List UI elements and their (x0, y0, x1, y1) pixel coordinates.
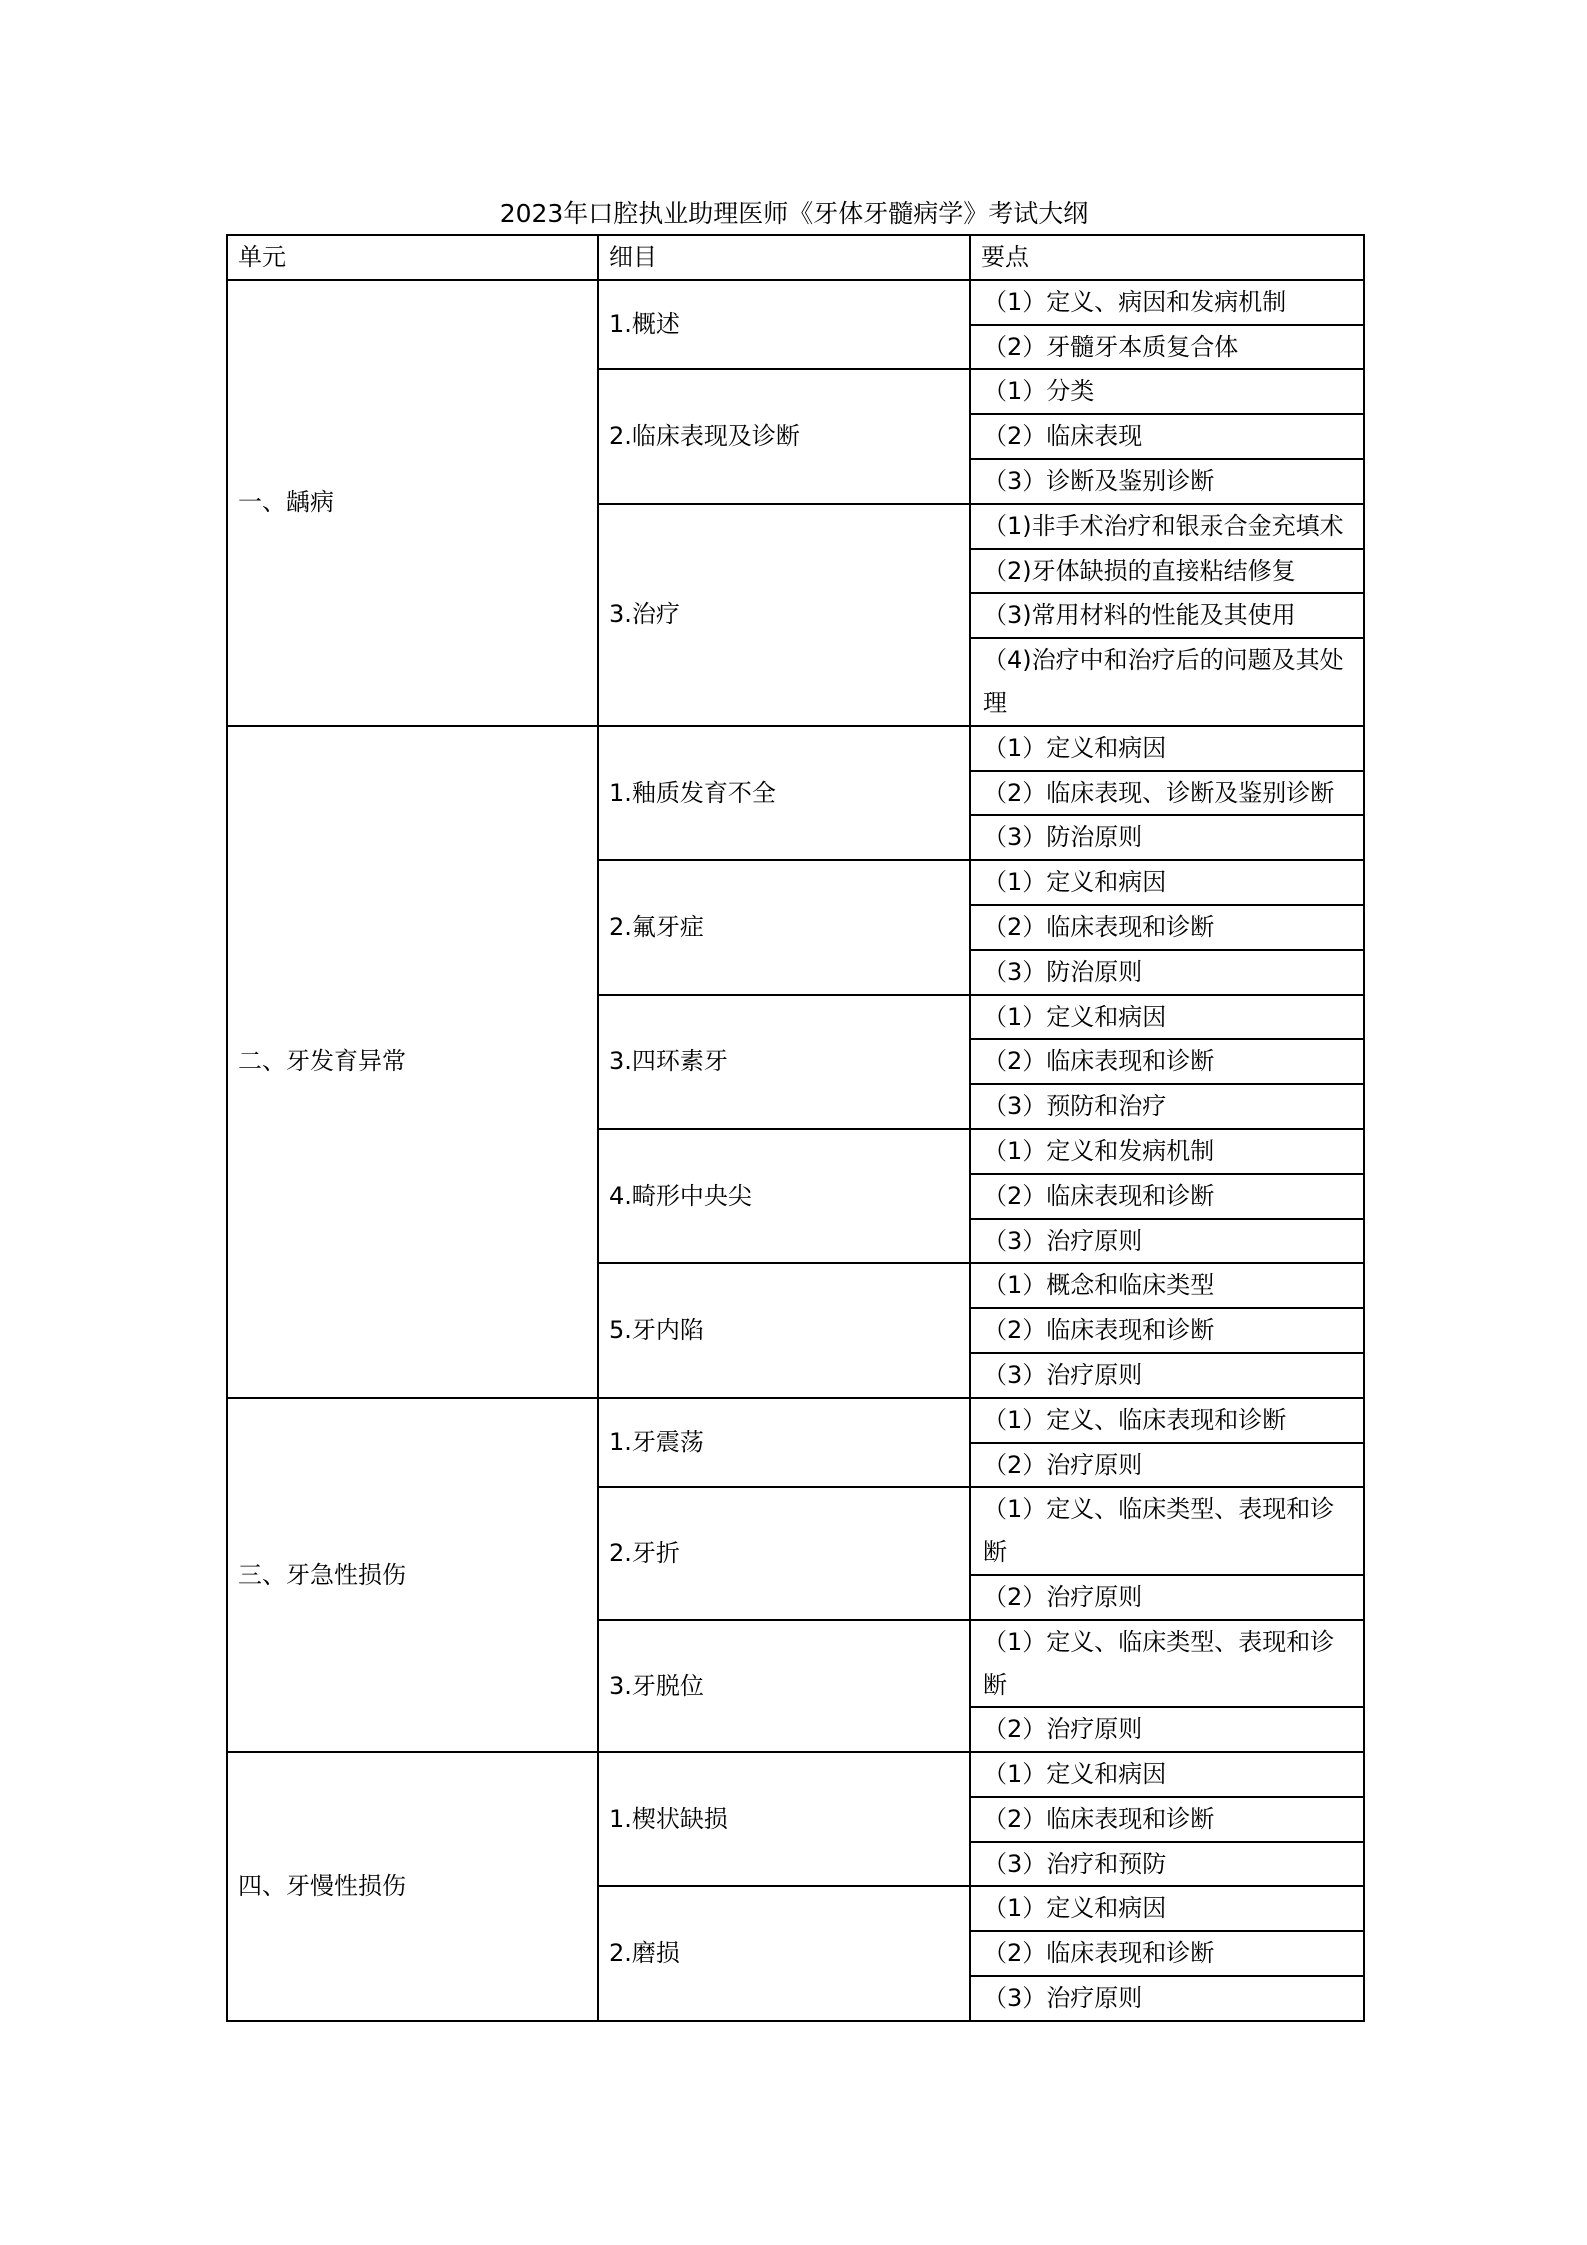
point-cell: （3）防治原则 (970, 815, 1364, 860)
item-cell: 3.牙脱位 (598, 1620, 970, 1752)
item-cell: 5.牙内陷 (598, 1263, 970, 1397)
item-cell: 2.牙折 (598, 1487, 970, 1619)
point-cell: （1）定义、病因和发病机制 (970, 280, 1364, 325)
point-cell: （1）定义和病因 (970, 860, 1364, 905)
point-cell: （1）定义和病因 (970, 1886, 1364, 1931)
point-cell: （2）临床表现、诊断及鉴别诊断 (970, 771, 1364, 816)
item-cell: 2.临床表现及诊断 (598, 369, 970, 503)
point-cell: （3)常用材料的性能及其使用 (970, 593, 1364, 638)
point-cell: （2）临床表现和诊断 (970, 1174, 1364, 1219)
point-cell: （4)治疗中和治疗后的问题及其处理 (970, 638, 1364, 726)
point-cell: （1）定义、临床类型、表现和诊断 (970, 1487, 1364, 1575)
item-cell: 2.磨损 (598, 1886, 970, 2020)
item-cell: 2.氟牙症 (598, 860, 970, 994)
point-cell: （1）定义和病因 (970, 726, 1364, 771)
syllabus-table: 单元 细目 要点 一、龋病1.概述（1）定义、病因和发病机制（2）牙髓牙本质复合… (226, 234, 1365, 2022)
point-cell: （1)非手术治疗和银汞合金充填术 (970, 504, 1364, 549)
point-cell: （2）临床表现 (970, 414, 1364, 459)
item-cell: 3.治疗 (598, 504, 970, 726)
item-cell: 1.牙震荡 (598, 1398, 970, 1488)
header-item: 细目 (598, 235, 970, 280)
unit-cell: 二、牙发育异常 (227, 726, 598, 1398)
point-cell: （2）临床表现和诊断 (970, 1039, 1364, 1084)
point-cell: （3）治疗原则 (970, 1353, 1364, 1398)
table-row: 二、牙发育异常1.釉质发育不全（1）定义和病因 (227, 726, 1364, 771)
item-cell: 3.四环素牙 (598, 995, 970, 1129)
point-cell: （3）预防和治疗 (970, 1084, 1364, 1129)
point-cell: （1）定义和发病机制 (970, 1129, 1364, 1174)
header-row: 单元 细目 要点 (227, 235, 1364, 280)
point-cell: （1）定义和病因 (970, 1752, 1364, 1797)
unit-cell: 四、牙慢性损伤 (227, 1752, 598, 2021)
point-cell: （3）诊断及鉴别诊断 (970, 459, 1364, 504)
item-cell: 1.概述 (598, 280, 970, 370)
item-cell: 1.楔状缺损 (598, 1752, 970, 1886)
point-cell: （1）定义、临床类型、表现和诊断 (970, 1620, 1364, 1708)
table-row: 三、牙急性损伤1.牙震荡（1）定义、临床表现和诊断 (227, 1398, 1364, 1443)
point-cell: （2）治疗原则 (970, 1575, 1364, 1620)
document-title: 2023年口腔执业助理医师《牙体牙髓病学》考试大纲 (226, 196, 1362, 232)
point-cell: （1）定义、临床表现和诊断 (970, 1398, 1364, 1443)
point-cell: （1）概念和临床类型 (970, 1263, 1364, 1308)
point-cell: （2)牙体缺损的直接粘结修复 (970, 549, 1364, 594)
point-cell: （1）分类 (970, 369, 1364, 414)
point-cell: （3）治疗和预防 (970, 1842, 1364, 1887)
point-cell: （2）治疗原则 (970, 1707, 1364, 1752)
point-cell: （1）定义和病因 (970, 995, 1364, 1040)
table-row: 四、牙慢性损伤1.楔状缺损（1）定义和病因 (227, 1752, 1364, 1797)
unit-cell: 三、牙急性损伤 (227, 1398, 598, 1752)
table-row: 一、龋病1.概述（1）定义、病因和发病机制 (227, 280, 1364, 325)
point-cell: （2）临床表现和诊断 (970, 905, 1364, 950)
point-cell: （3）治疗原则 (970, 1219, 1364, 1264)
header-points: 要点 (970, 235, 1364, 280)
unit-cell: 一、龋病 (227, 280, 598, 726)
point-cell: （2）临床表现和诊断 (970, 1931, 1364, 1976)
point-cell: （2）临床表现和诊断 (970, 1308, 1364, 1353)
point-cell: （2）临床表现和诊断 (970, 1797, 1364, 1842)
point-cell: （2）治疗原则 (970, 1443, 1364, 1488)
item-cell: 1.釉质发育不全 (598, 726, 970, 860)
header-unit: 单元 (227, 235, 598, 280)
point-cell: （2）牙髓牙本质复合体 (970, 325, 1364, 370)
point-cell: （3）防治原则 (970, 950, 1364, 995)
point-cell: （3）治疗原则 (970, 1976, 1364, 2021)
item-cell: 4.畸形中央尖 (598, 1129, 970, 1263)
